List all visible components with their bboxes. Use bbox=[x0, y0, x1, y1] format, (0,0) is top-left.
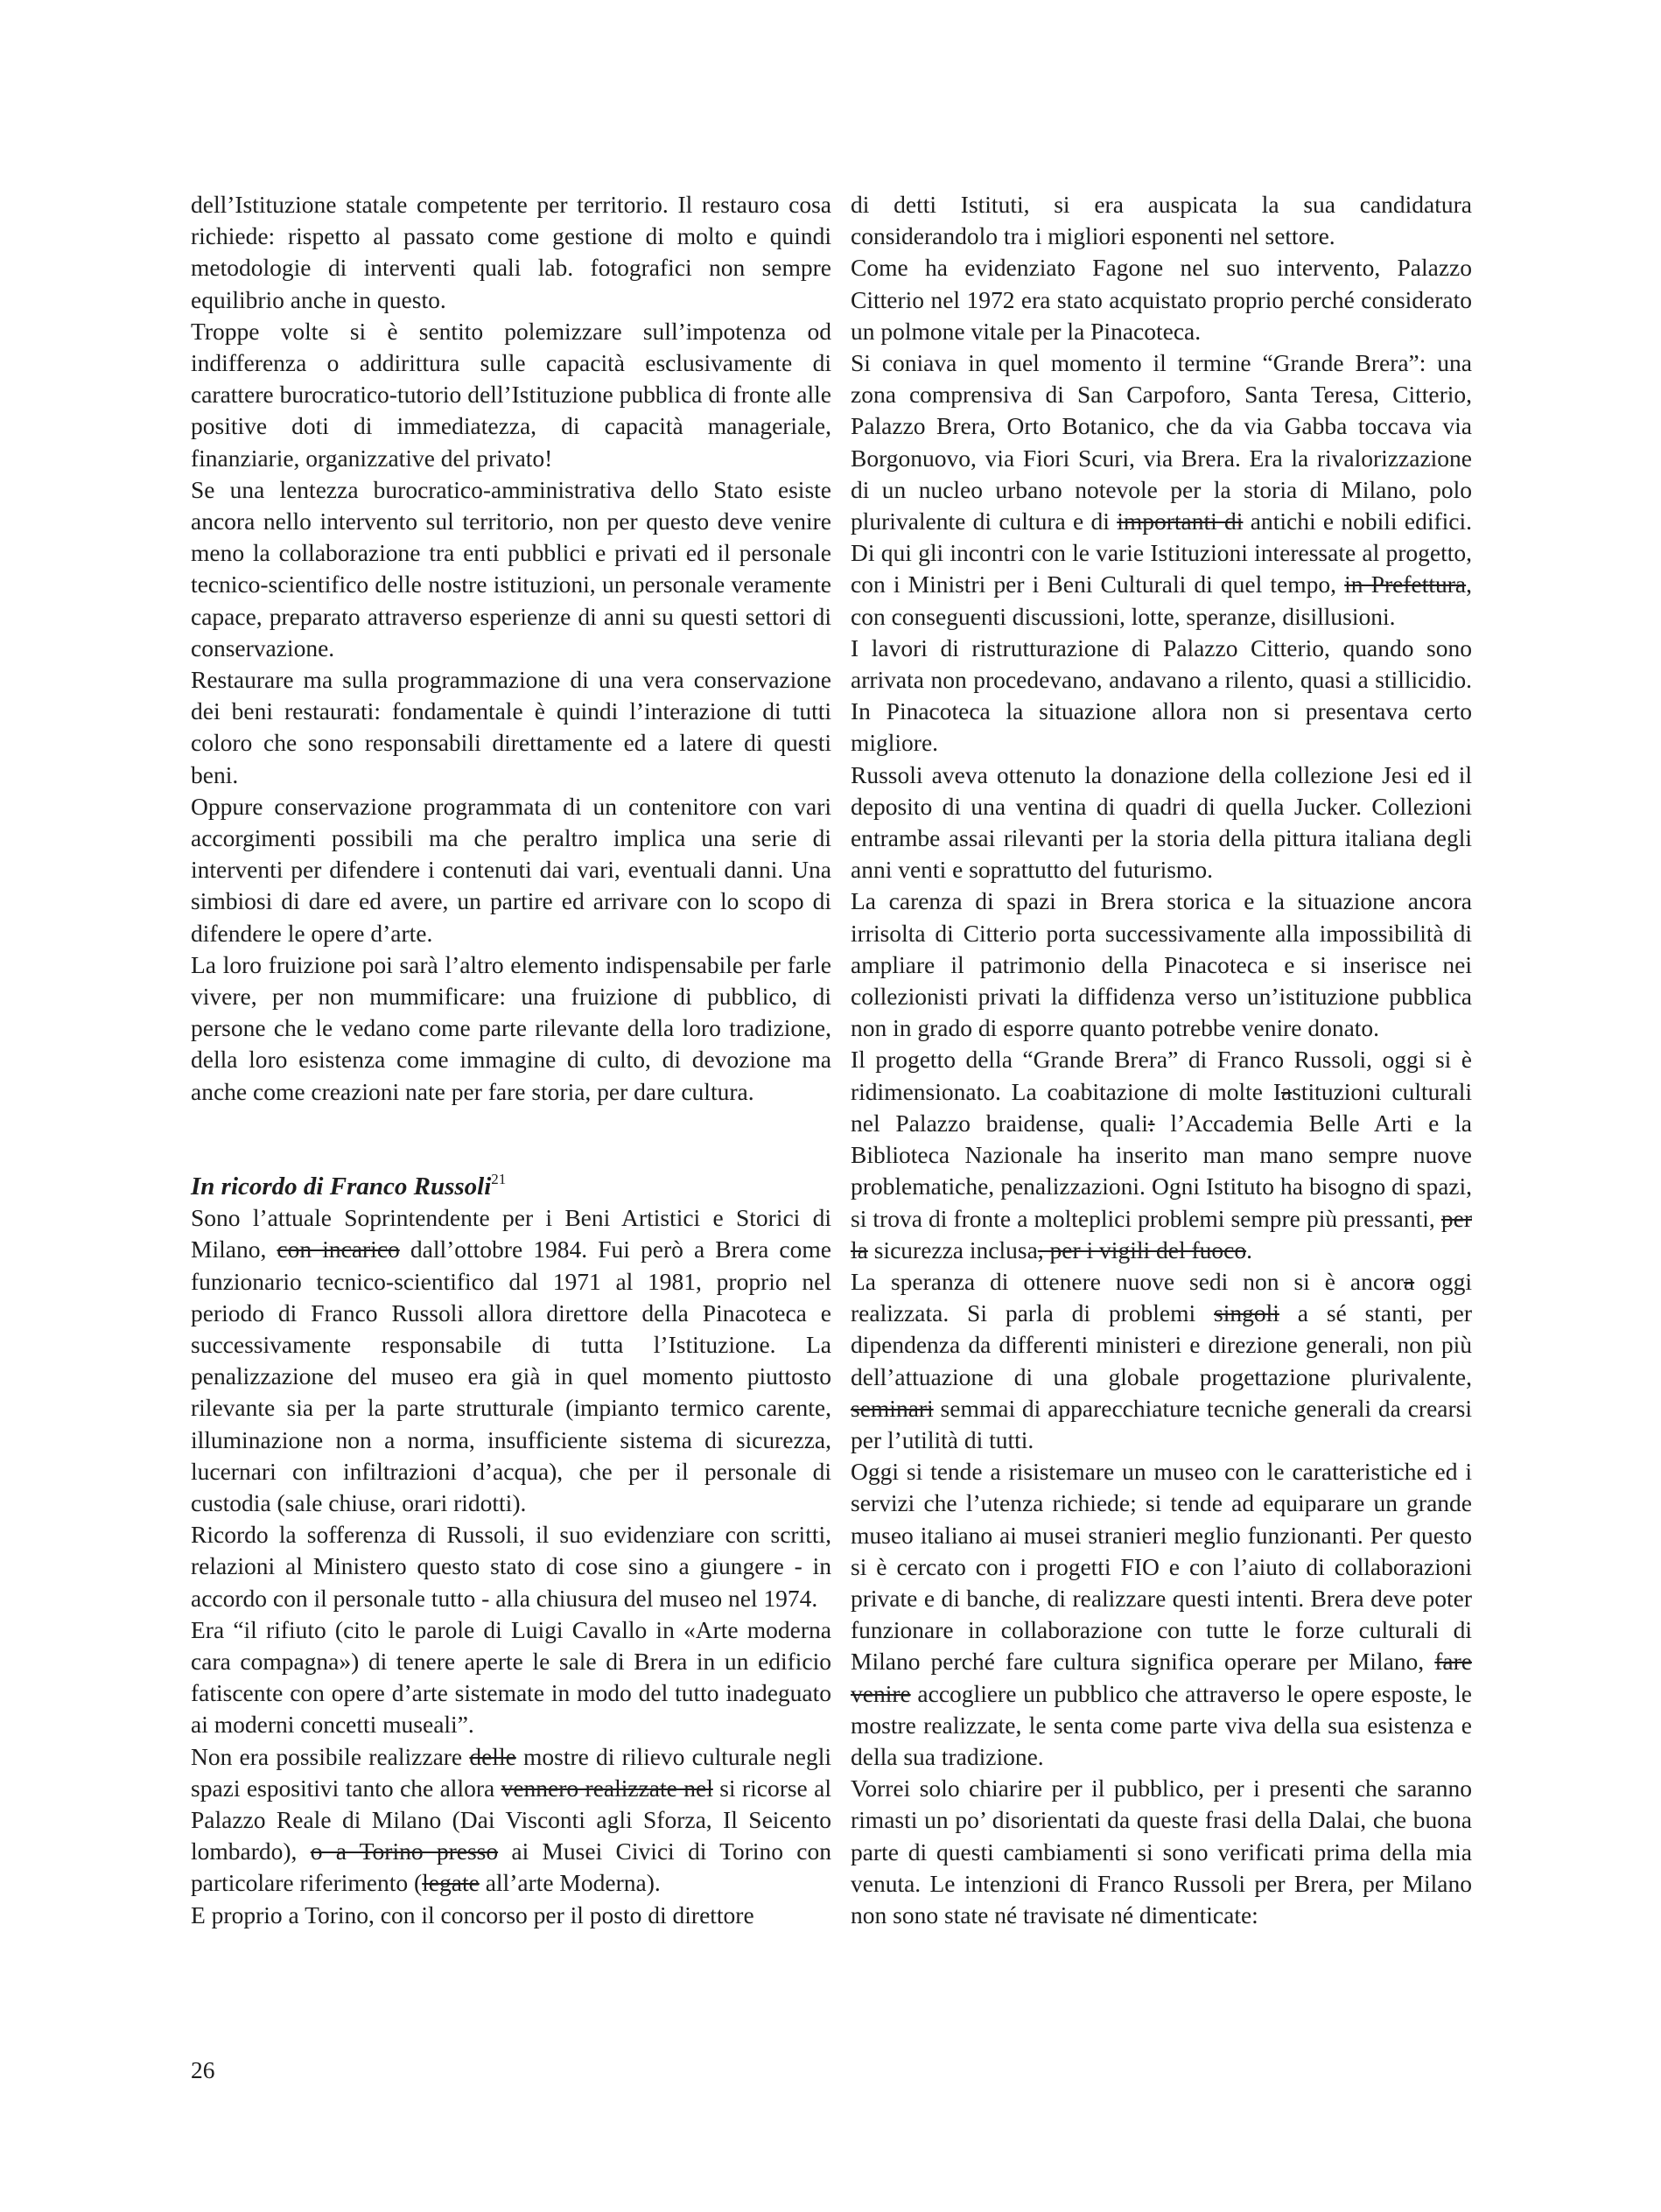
text-run: Oppure conservazione programmata di un c… bbox=[191, 793, 831, 947]
right-paragraphs: di detti Istituti, si era auspicata la s… bbox=[851, 189, 1472, 1931]
text-run: Non era possibile realizzare bbox=[191, 1743, 469, 1770]
paragraph: di detti Istituti, si era auspicata la s… bbox=[851, 189, 1472, 252]
paragraph: La carenza di spazi in Brera storica e l… bbox=[851, 885, 1472, 1044]
strikethrough-text: delle bbox=[469, 1743, 515, 1770]
text-run: I lavori di ristrutturazione di Palazzo … bbox=[851, 634, 1472, 757]
paragraph: Se una lentezza burocratico-amministrati… bbox=[191, 474, 831, 664]
paragraph: Vorrei solo chiarire per il pubblico, pe… bbox=[851, 1773, 1472, 1931]
strikethrough-text: seminari bbox=[851, 1395, 934, 1422]
strikethrough-text: , per i vigili del fuoco bbox=[1038, 1236, 1246, 1263]
section-heading-title: In ricordo di Franco Russoli bbox=[191, 1172, 491, 1200]
text-run: La loro fruizione poi sarà l’altro eleme… bbox=[191, 951, 831, 1105]
strikethrough-text: vennero realizzate nel bbox=[501, 1774, 713, 1802]
text-run: Se una lentezza burocratico-amministrati… bbox=[191, 476, 831, 661]
text-run: dall’ottobre 1984. Fui però a Brera come… bbox=[191, 1235, 831, 1516]
strikethrough-text: o a Torino presso bbox=[311, 1837, 498, 1865]
paragraph: Oggi si tende a risistemare un museo con… bbox=[851, 1456, 1472, 1773]
paragraph: Restaurare ma sulla programmazione di un… bbox=[191, 664, 831, 791]
footnote-reference[interactable]: 21 bbox=[491, 1171, 506, 1187]
paragraph: Come ha evidenziato Fagone nel suo inter… bbox=[851, 252, 1472, 347]
text-run: Ricordo la sofferenza di Russoli, il suo… bbox=[191, 1521, 831, 1611]
text-run: semmai di apparecchiature tecniche gener… bbox=[851, 1395, 1472, 1453]
text-run: E proprio a Torino, con il concorso per … bbox=[191, 1901, 754, 1928]
strikethrough-text: importanti di bbox=[1117, 507, 1243, 535]
paragraph: Era “il rifiuto (cito le parole di Luigi… bbox=[191, 1614, 831, 1741]
text-run: . bbox=[1246, 1236, 1252, 1263]
text-run: Era “il rifiuto (cito le parole di Luigi… bbox=[191, 1616, 831, 1739]
text-run: sicurezza inclusa bbox=[868, 1236, 1038, 1263]
paragraph: dell’Istituzione statale competente per … bbox=[191, 189, 831, 316]
paragraph: Si coniava in quel momento il termine “G… bbox=[851, 347, 1472, 633]
text-run: Troppe volte si è sentito polemizzare su… bbox=[191, 318, 831, 472]
paragraph: La speranza di ottenere nuove sedi non s… bbox=[851, 1266, 1472, 1456]
text-run: all’arte Moderna). bbox=[480, 1869, 661, 1896]
page-number: 26 bbox=[191, 2056, 215, 2084]
text-run: di detti Istituti, si era auspicata la s… bbox=[851, 191, 1472, 249]
intro-paragraphs: dell’Istituzione statale competente per … bbox=[191, 189, 831, 1108]
paragraph: Ricordo la sofferenza di Russoli, il suo… bbox=[191, 1519, 831, 1614]
paragraph: Russoli aveva ottenuto la donazione dell… bbox=[851, 759, 1472, 886]
paragraph: Oppure conservazione programmata di un c… bbox=[191, 791, 831, 949]
paragraph: Il progetto della “Grande Brera” di Fran… bbox=[851, 1044, 1472, 1265]
text-run: Restaurare ma sulla programmazione di un… bbox=[191, 666, 831, 788]
text-run: La speranza di ottenere nuove sedi non s… bbox=[851, 1268, 1404, 1295]
text-run: Come ha evidenziato Fagone nel suo inter… bbox=[851, 254, 1472, 344]
text-run: accogliere un pubblico che attraverso le… bbox=[851, 1680, 1472, 1770]
text-run: La carenza di spazi in Brera storica e l… bbox=[851, 887, 1472, 1041]
section-paragraphs: Sono l’attuale Soprintendente per i Beni… bbox=[191, 1202, 831, 1931]
text-run: Russoli aveva ottenuto la donazione dell… bbox=[851, 761, 1472, 884]
text-run: Oggi si tende a risistemare un museo con… bbox=[851, 1458, 1472, 1675]
section-spacer bbox=[191, 1108, 831, 1171]
paragraph: Troppe volte si è sentito polemizzare su… bbox=[191, 316, 831, 474]
paragraph: Non era possibile realizzare delle mostr… bbox=[191, 1741, 831, 1900]
text-run: dell’Istituzione statale competente per … bbox=[191, 191, 831, 313]
right-column: di detti Istituti, si era auspicata la s… bbox=[851, 189, 1472, 1931]
document-page: dell’Istituzione statale competente per … bbox=[0, 0, 1661, 2212]
strikethrough-text: con incarico bbox=[277, 1235, 399, 1263]
strikethrough-text: a bbox=[1281, 1078, 1292, 1105]
section-heading: In ricordo di Franco Russoli21 bbox=[191, 1171, 831, 1202]
strikethrough-text: singoli bbox=[1214, 1299, 1279, 1326]
strikethrough-text: in Prefettura bbox=[1344, 570, 1466, 598]
strikethrough-text: legate bbox=[422, 1869, 480, 1896]
paragraph: E proprio a Torino, con il concorso per … bbox=[191, 1900, 831, 1931]
paragraph: I lavori di ristrutturazione di Palazzo … bbox=[851, 633, 1472, 759]
paragraph: La loro fruizione poi sarà l’altro eleme… bbox=[191, 949, 831, 1108]
paragraph: Sono l’attuale Soprintendente per i Beni… bbox=[191, 1202, 831, 1519]
left-column: dell’Istituzione statale competente per … bbox=[191, 189, 831, 1931]
strikethrough-text: a bbox=[1404, 1268, 1414, 1295]
text-run: Vorrei solo chiarire per il pubblico, pe… bbox=[851, 1774, 1472, 1928]
